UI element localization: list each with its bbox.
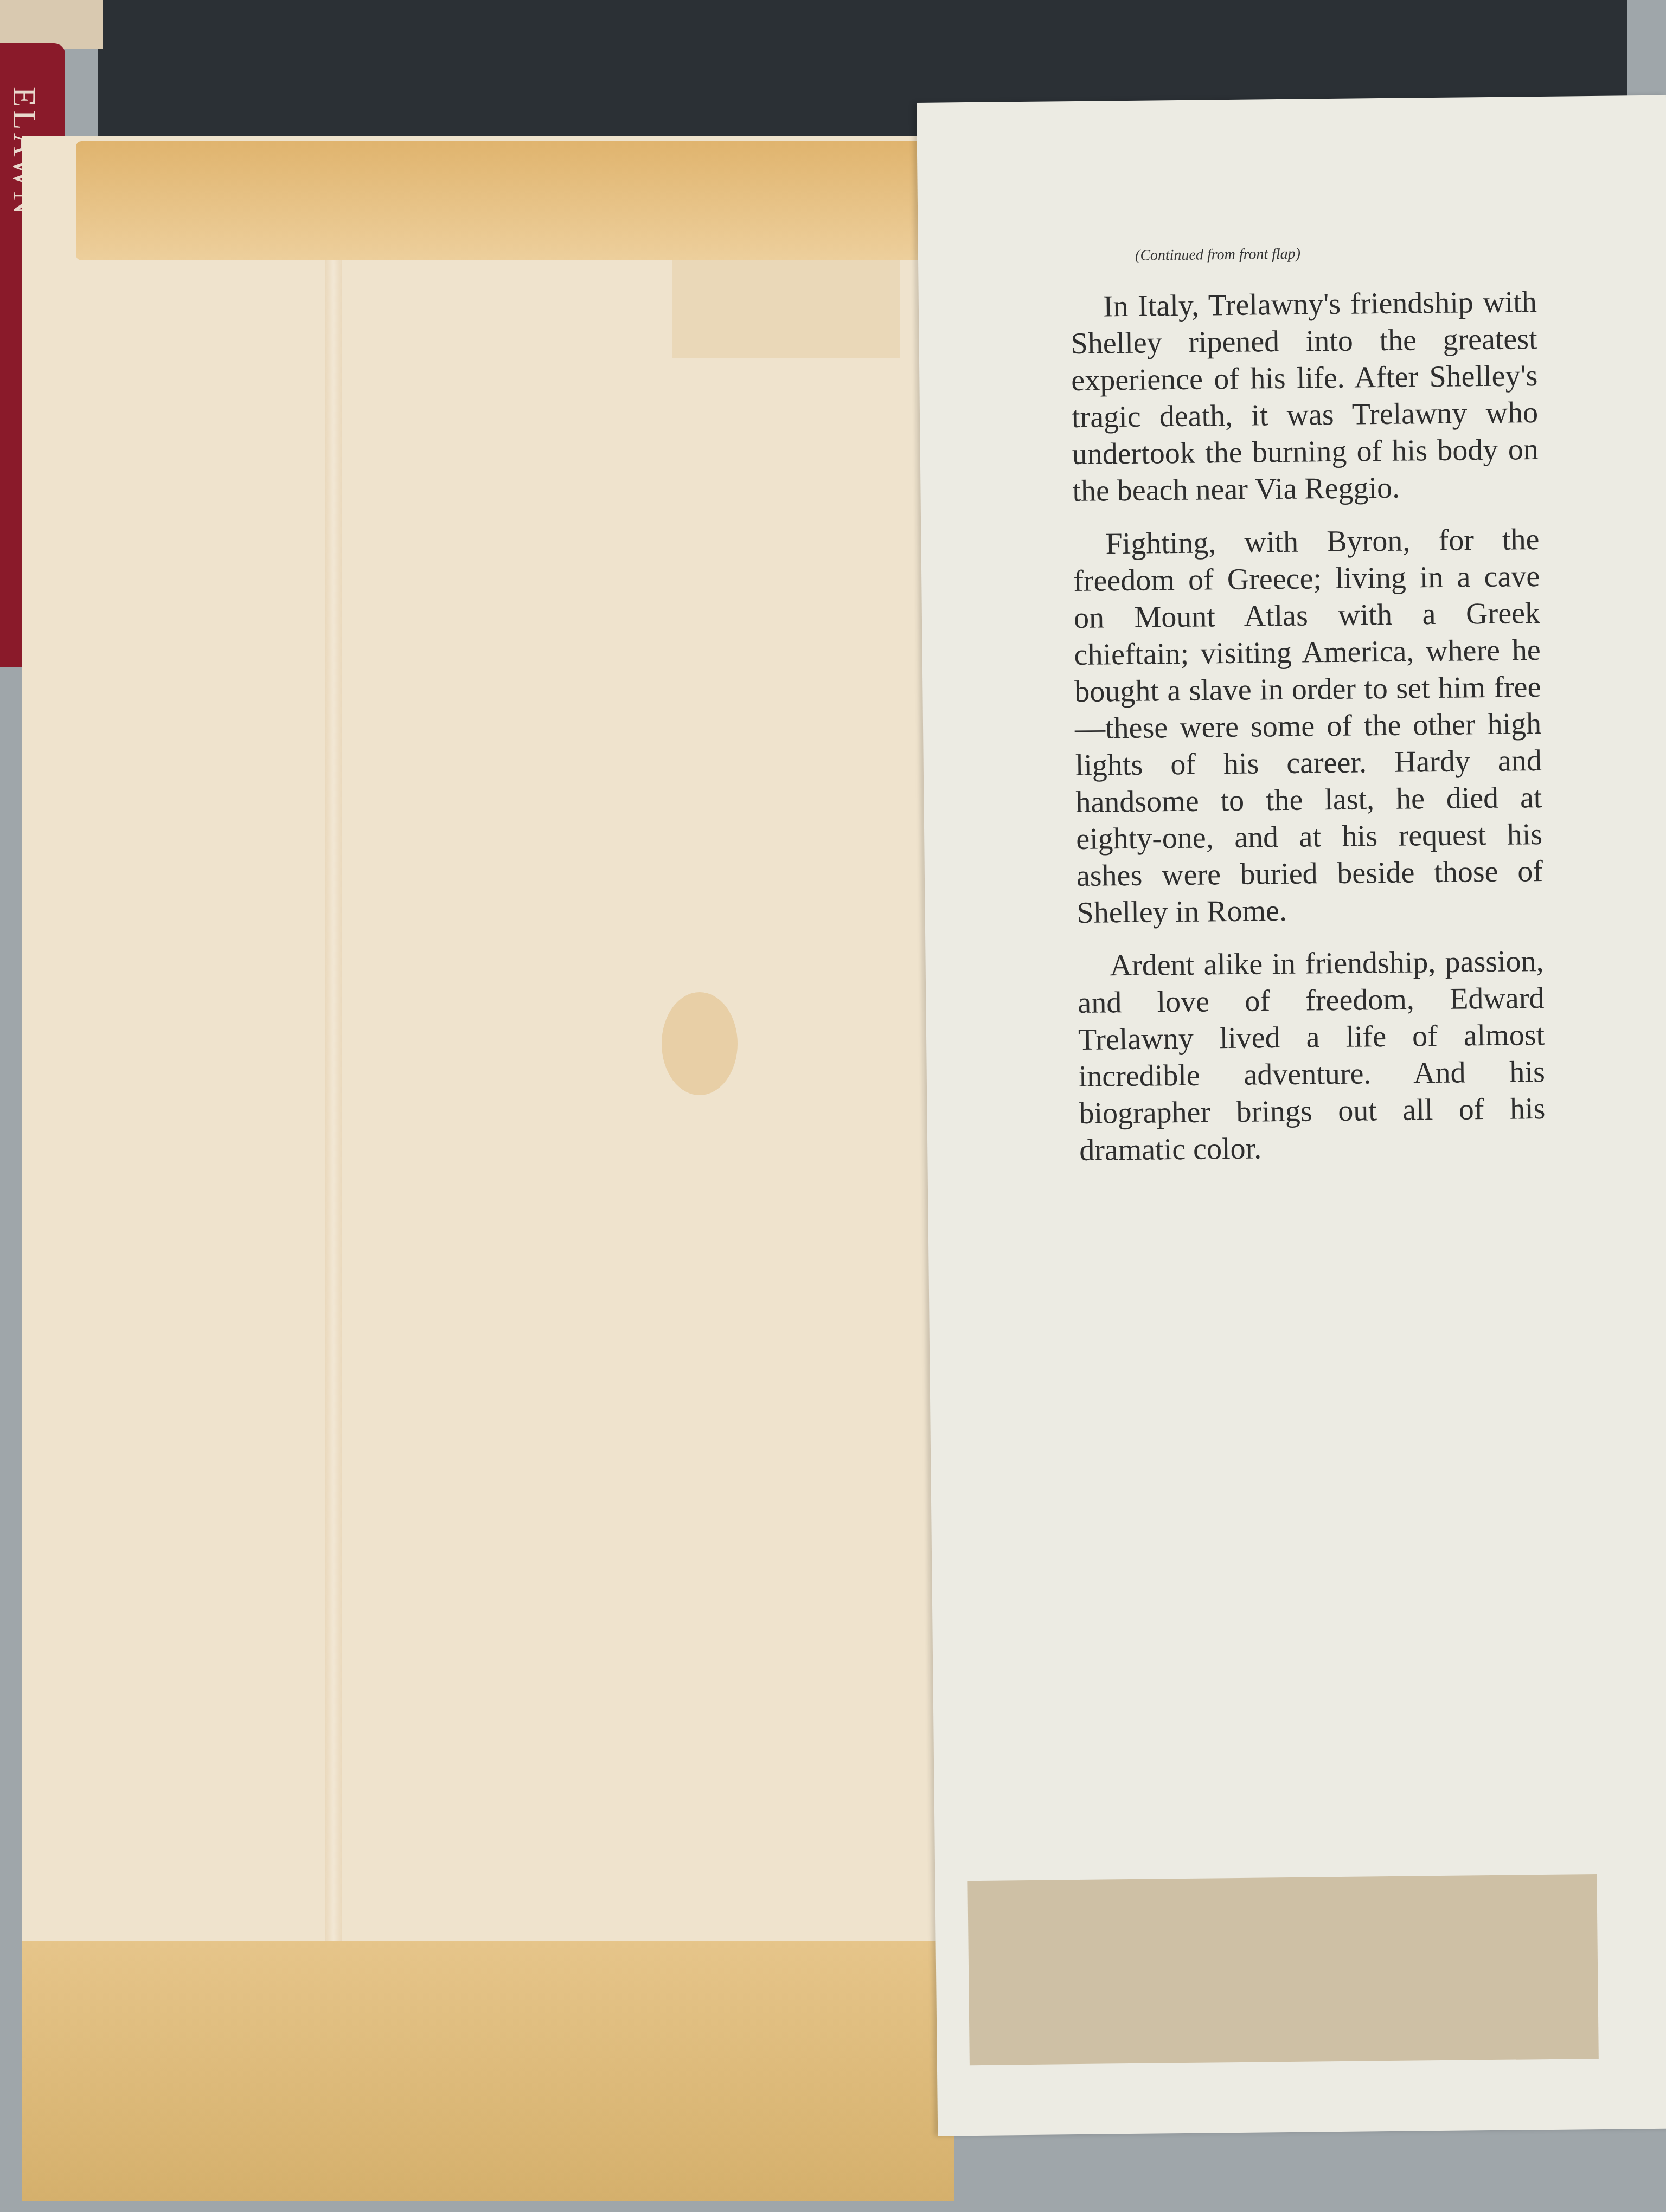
flap-stain — [967, 1874, 1598, 2065]
paragraph-2: Fighting, with Byron, for the freedom of… — [1073, 521, 1543, 931]
continued-caption: (Continued from front flap) — [1135, 246, 1300, 265]
back-flap: (Continued from front flap) In Italy, Tr… — [917, 95, 1666, 2136]
water-spot — [662, 992, 738, 1095]
paragraph-3: Ardent alike in friendship, passion, and… — [1077, 943, 1546, 1169]
tape-stain-top — [76, 141, 922, 260]
tape-stain-bottom — [22, 1941, 954, 2201]
flap-body-text: In Italy, Trelawny's friendship with She… — [1071, 284, 1546, 1185]
dust-jacket-inside — [22, 136, 954, 2196]
tape-remnant — [672, 260, 900, 358]
jacket-fold — [325, 260, 342, 1941]
tape-fragment — [0, 0, 103, 49]
paragraph-1: In Italy, Trelawny's friendship with She… — [1071, 284, 1539, 510]
